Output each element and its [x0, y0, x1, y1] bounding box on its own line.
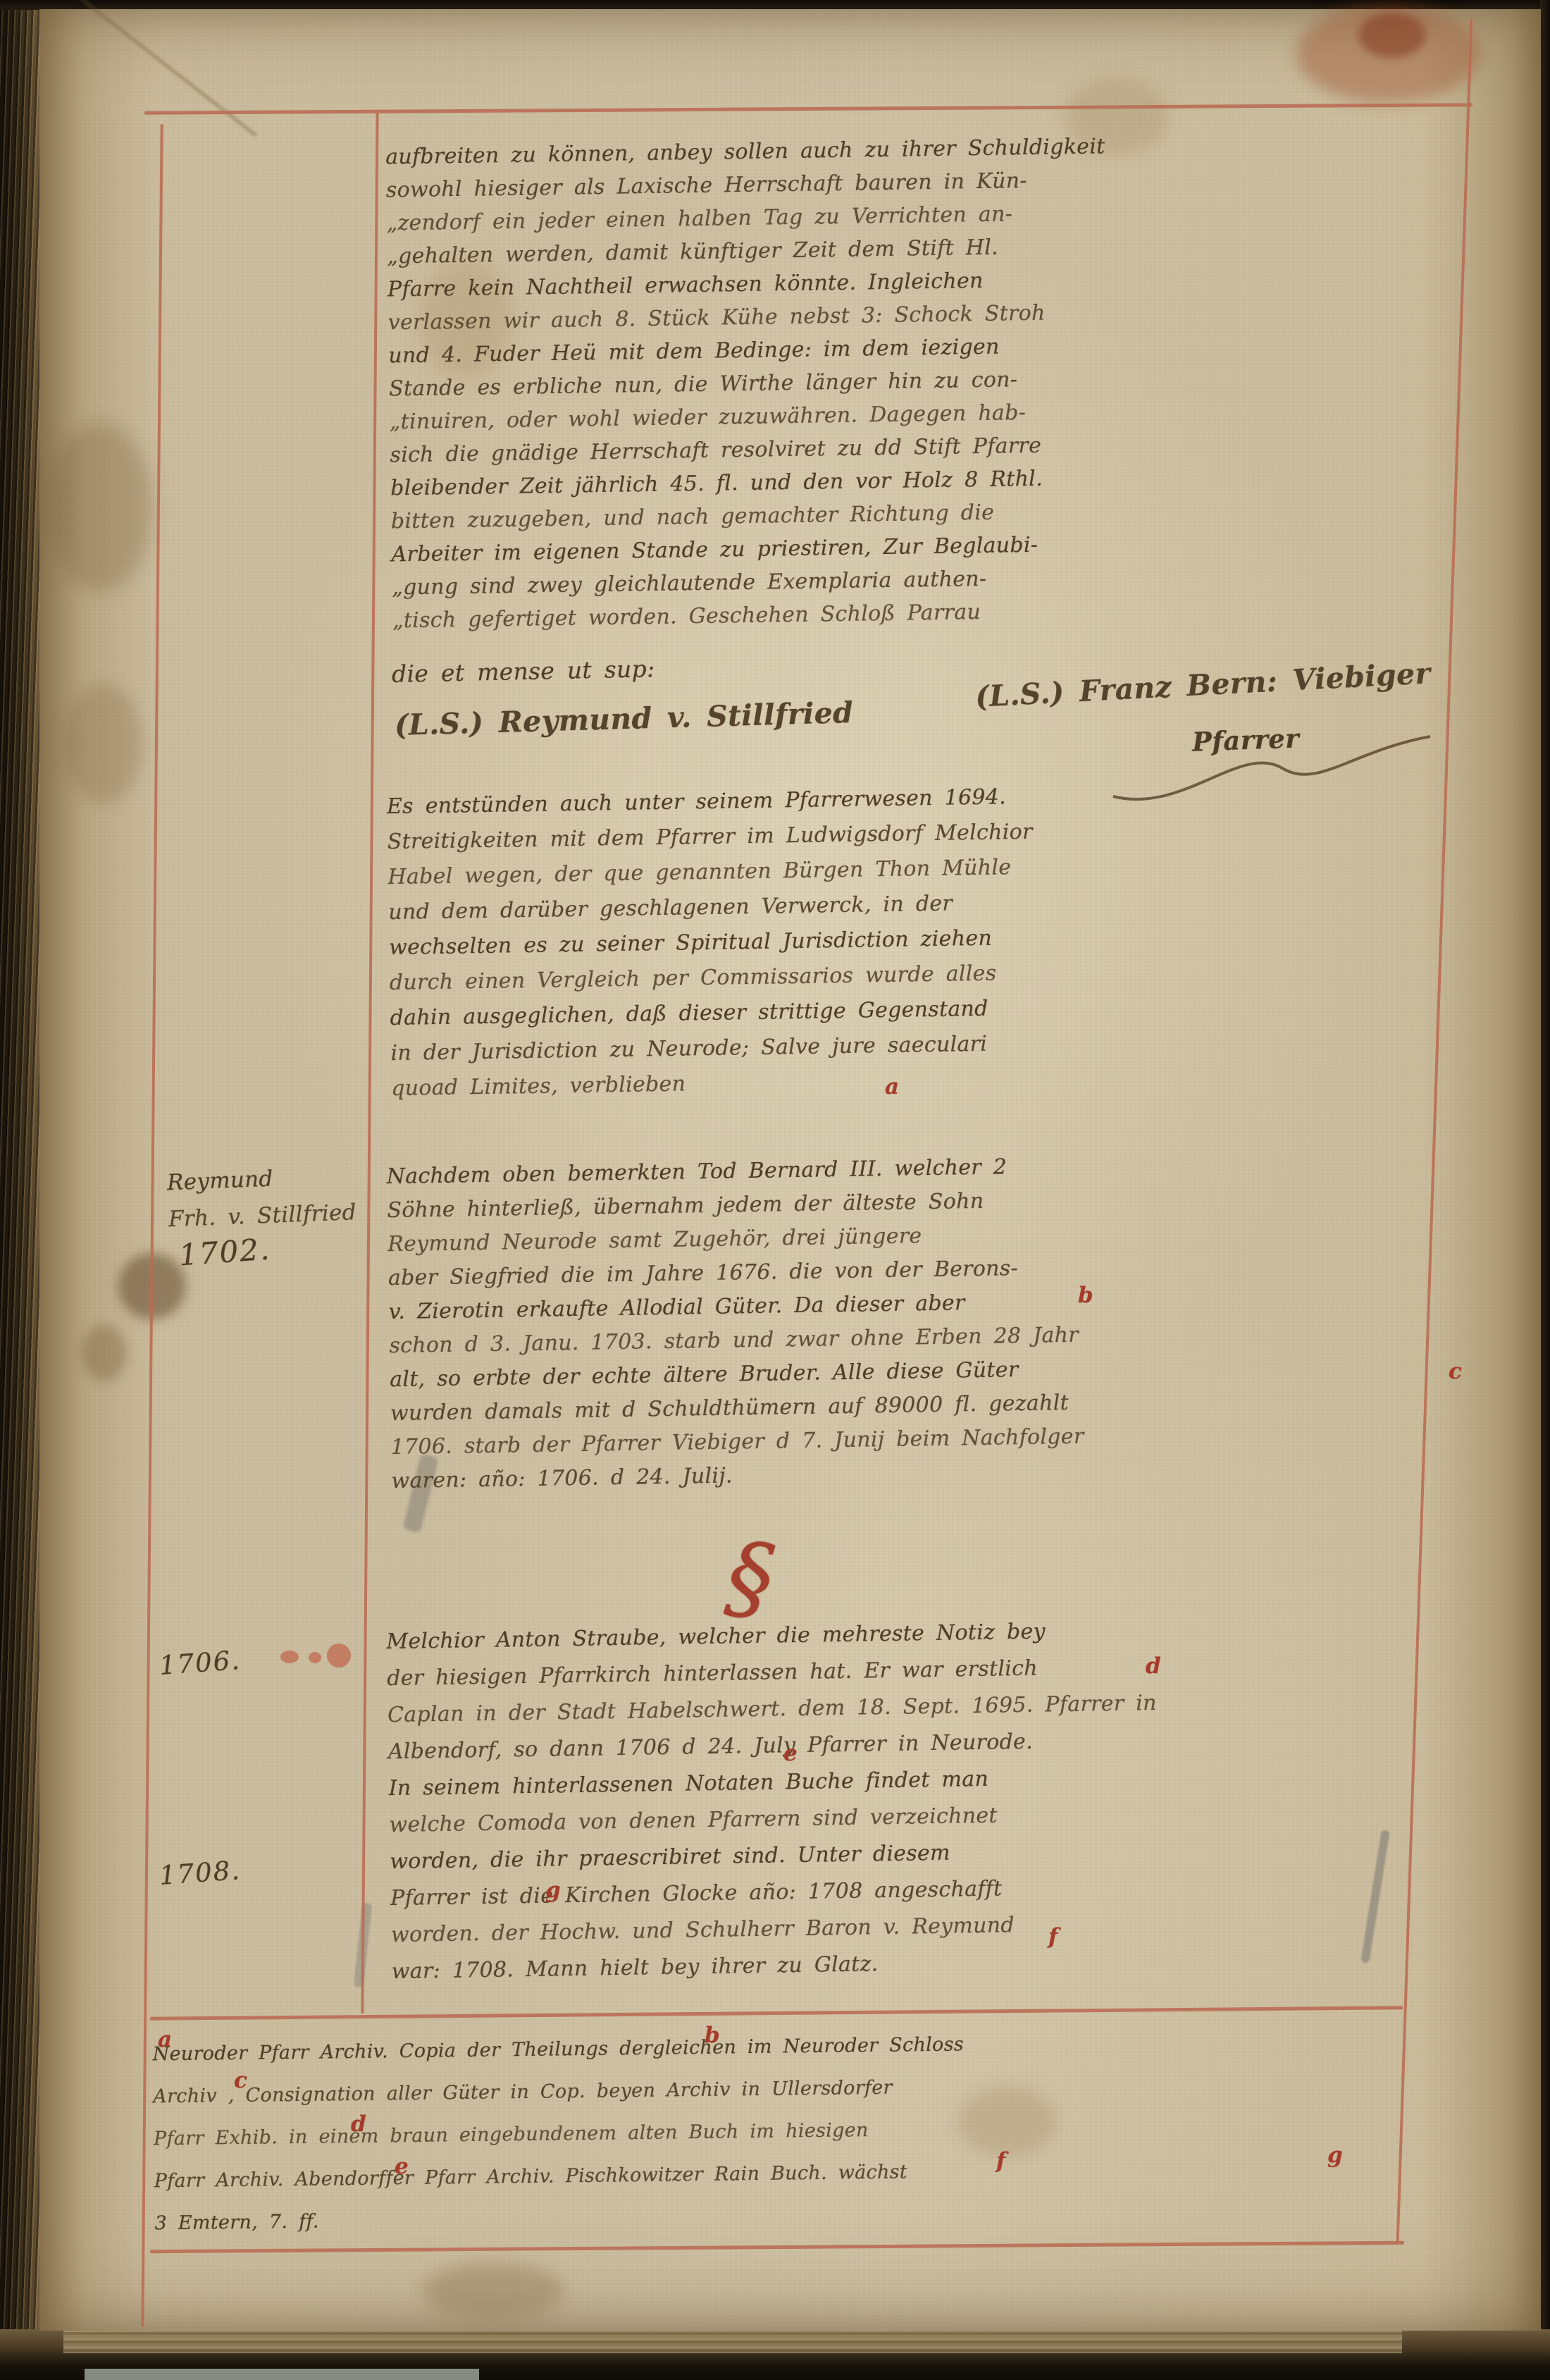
- annotation-letter-g: g: [545, 1878, 561, 1903]
- annotation-letter-d: d: [1146, 1653, 1161, 1679]
- footnote-letter-f: f: [996, 2148, 1005, 2174]
- book-binding-edge: [0, 0, 41, 2380]
- footnote-letter-a: a: [158, 2027, 172, 2052]
- paragraph-inheritance-1702: Nachdem oben bemerkten Tod Bernard III. …: [386, 1143, 1476, 1498]
- paragraph-dispute-1694: Es entstünden auch unter seinem Pfarrerw…: [387, 772, 1477, 1106]
- footnote-letter-b: b: [705, 2023, 720, 2048]
- margin-year-1706: 1706.: [159, 1645, 242, 1681]
- manuscript-scan: aufbreiten zu können, anbey sollen auch …: [0, 0, 1550, 2380]
- book-right-edge: [1540, 0, 1550, 2380]
- margin-year-1702: 1702.: [178, 1232, 271, 1273]
- book-top-edge: [0, 0, 1550, 10]
- annotation-letter-b: b: [1078, 1283, 1093, 1308]
- paragraph-contract-continuation: aufbreiten zu können, anbey sollen auch …: [385, 125, 1477, 638]
- annotation-letter-c: c: [1449, 1359, 1462, 1384]
- footnote-letter-d: d: [351, 2111, 366, 2137]
- dateline-latin: die et mense ut sup:: [392, 655, 655, 688]
- scanner-background: [85, 2369, 479, 2380]
- footnote-letter-c: c: [234, 2068, 247, 2093]
- margin-note-stillfried: ReymundFrh. v. Stillfried: [166, 1156, 402, 1238]
- footnote-letter-e: e: [395, 2154, 409, 2179]
- paragraph-straube-1706: Melchior Anton Straube, welcher die mehr…: [386, 1607, 1477, 1990]
- annotation-letter-a: a: [885, 1074, 899, 1099]
- margin-year-1708: 1708.: [159, 1855, 242, 1891]
- footnote-letter-g: g: [1327, 2142, 1343, 2168]
- red-paint-spots: [280, 1641, 365, 1669]
- annotation-letter-f: f: [1048, 1924, 1058, 1949]
- annotation-letter-e: e: [783, 1741, 798, 1766]
